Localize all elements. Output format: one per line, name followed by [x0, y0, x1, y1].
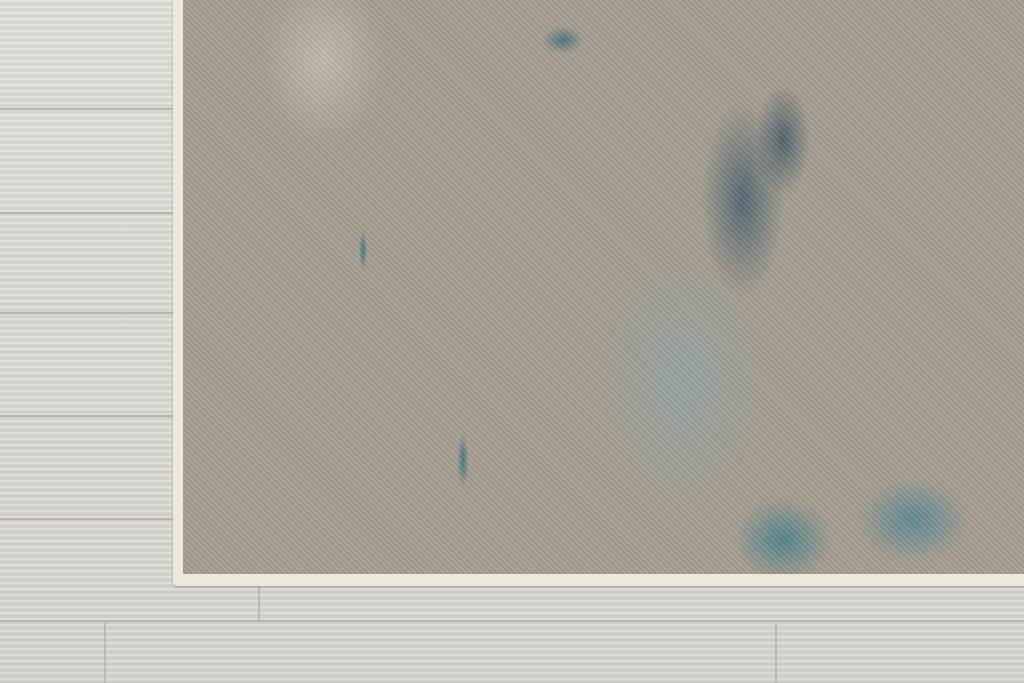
plank-seam — [0, 518, 175, 520]
plank-seam — [0, 620, 1024, 622]
rug-pile — [183, 0, 1024, 574]
plank-seam — [0, 312, 175, 314]
plank-joint — [258, 585, 260, 621]
plank-joint — [775, 621, 777, 683]
plank-seam — [0, 108, 175, 110]
plank-seam — [0, 212, 175, 214]
plank-joint — [104, 621, 106, 683]
rug-corner — [173, 0, 1024, 586]
plank-seam — [0, 415, 175, 417]
